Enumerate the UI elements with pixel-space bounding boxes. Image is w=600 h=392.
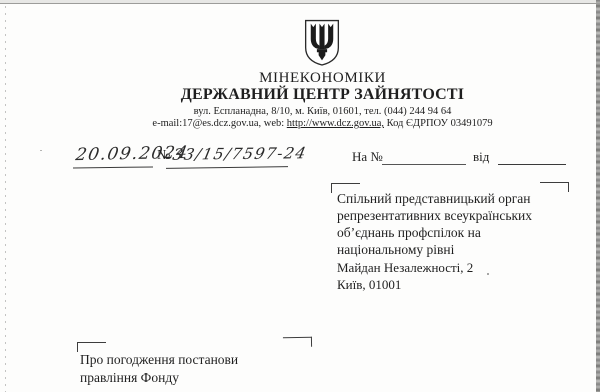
recipient-block: Спільний представницький орган репрезент… — [337, 190, 567, 258]
email-web-prefix: e-mail:17@es.dcz.gov.ua, web: — [152, 118, 286, 129]
ministry-name: МІНЕКОНОМІКИ — [45, 70, 600, 87]
recipient-address-line: Київ, 01001 — [337, 277, 567, 294]
website-url: http://www.dcz.gov.ua, — [287, 118, 384, 129]
scan-left-noise-artifact — [5, 6, 6, 392]
scan-right-edge-artifact — [596, 0, 600, 392]
scan-top-edge-artifact — [0, 0, 600, 4]
handwritten-outgoing-number: 33/15/7597-24 — [171, 144, 309, 163]
scanned-letter-page: МІНЕКОНОМІКИ ДЕРЖАВНИЙ ЦЕНТР ЗАЙНЯТОСТІ … — [0, 0, 600, 392]
subject-corner-mark-right — [283, 337, 312, 347]
subject-line: Про погодження постанови — [80, 351, 300, 369]
scan-speckle — [40, 150, 42, 151]
address-line-1: вул. Еспланадна, 8/10, м. Київ, 01601, т… — [45, 106, 600, 117]
number-underline — [166, 165, 288, 169]
recipient-line: репрезентативних всеукраїнських — [337, 207, 567, 224]
reply-from-date-blank-line — [498, 163, 566, 165]
reply-from-date-label: від — [473, 149, 489, 165]
organization-name: ДЕРЖАВНИЙ ЦЕНТР ЗАЙНЯТОСТІ — [45, 86, 600, 104]
reply-to-number-blank-line — [382, 163, 466, 165]
date-underline — [73, 165, 153, 168]
recipient-line: національному рівні — [337, 241, 567, 258]
number-symbol: № — [157, 148, 170, 164]
recipient-line: об’єднань профспілок на — [337, 224, 567, 241]
subject-line: правління Фонду — [80, 369, 300, 387]
recipient-line: Спільний представницький орган — [337, 190, 567, 207]
ukraine-trident-emblem-icon — [304, 19, 340, 66]
address-line-2: e-mail:17@es.dcz.gov.ua, web: http://www… — [45, 118, 600, 129]
edrpou-code: Код ЄДРПОУ 03491079 — [384, 118, 493, 129]
recipient-address-line: Майдан Незалежності, 2 — [337, 260, 567, 277]
subject-block: Про погодження постанови правління Фонду — [80, 351, 300, 387]
reply-to-number-label: На № — [352, 149, 383, 165]
recipient-address-block: Майдан Незалежності, 2 Київ, 01001 — [337, 260, 567, 293]
